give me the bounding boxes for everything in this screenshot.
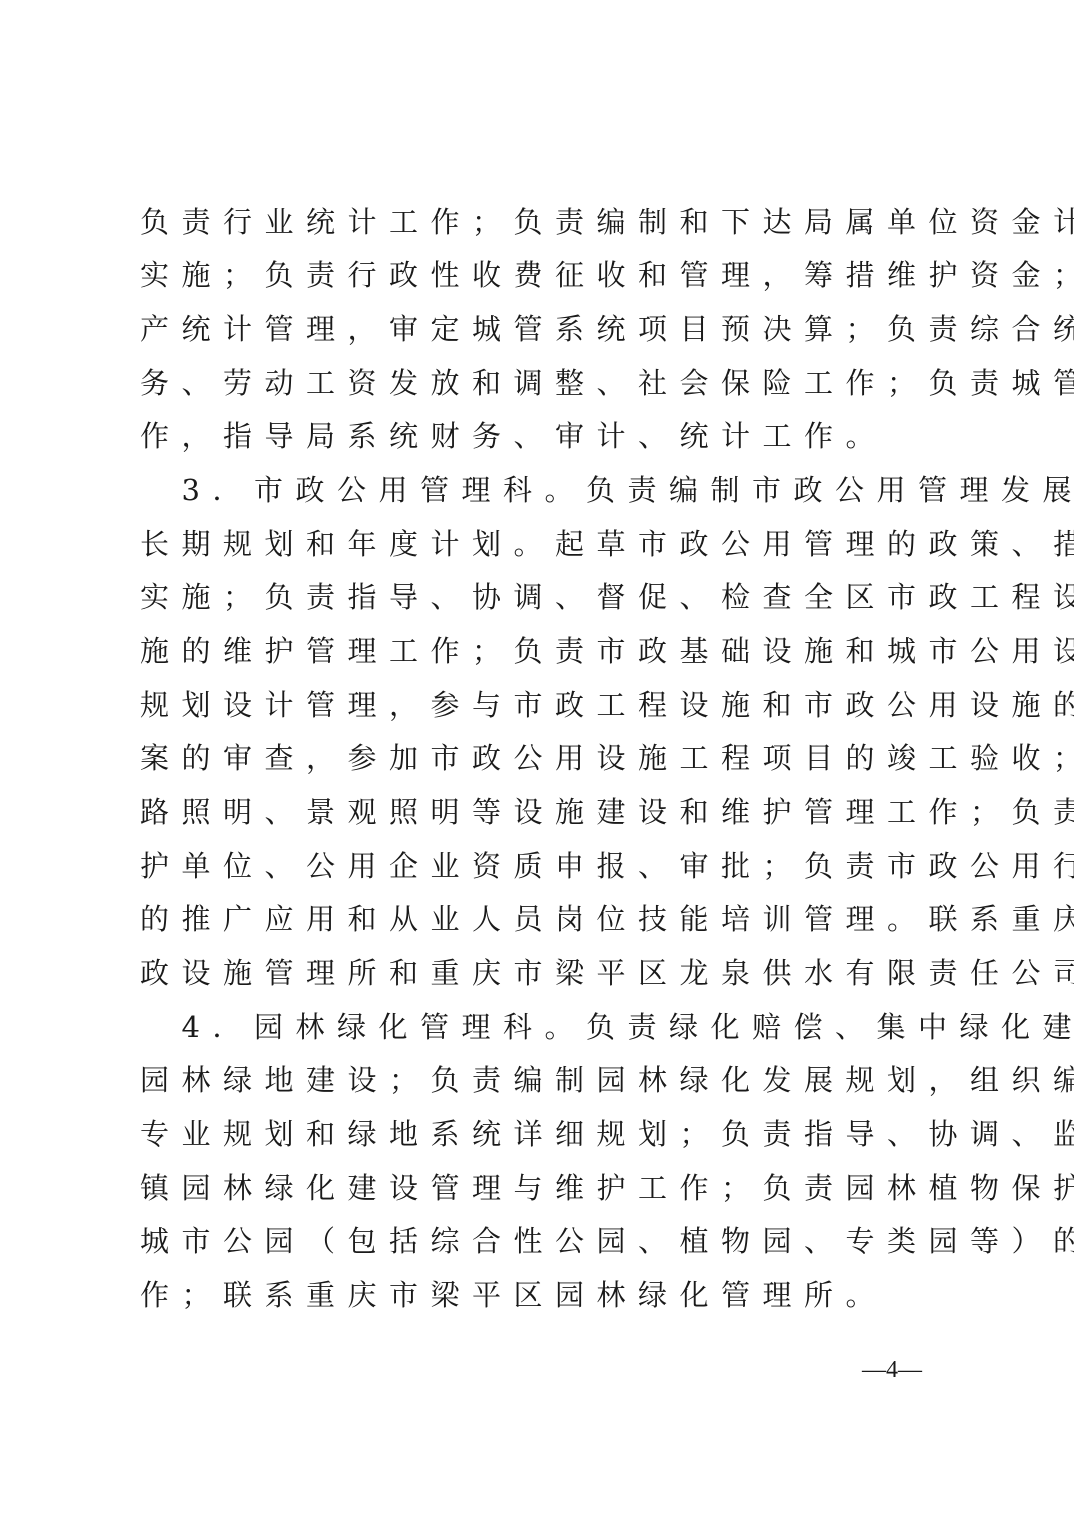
text-line: 专业规划和绿地系统详细规划；负责指导、协调、监督、检查城 xyxy=(140,1108,940,1161)
section-heading-line: 4．园林绿化管理科。负责绿化赔偿、集中绿化建设、城市 xyxy=(140,1001,940,1054)
text-line: 施的维护管理工作；负责市政基础设施和城市公用设施维护项目 xyxy=(140,625,940,678)
text-line: 产统计管理，审定城管系统项目预决算；负责综合统计和机关财 xyxy=(140,303,940,356)
text-line: 案的审查，参加市政公用设施工程项目的竣工验收；负责城市道 xyxy=(140,732,940,785)
text-line: 园林绿地建设；负责编制园林绿化发展规划，组织编制园林绿化 xyxy=(140,1054,940,1107)
text-line: 政设施管理所和重庆市梁平区龙泉供水有限责任公司。 xyxy=(140,947,940,1000)
text-line: 负责行业统计工作；负责编制和下达局属单位资金计划，并监督 xyxy=(140,196,940,249)
document-page: 负责行业统计工作；负责编制和下达局属单位资金计划，并监督 实施；负责行政性收费征… xyxy=(0,0,1074,1520)
text-line: 作；联系重庆市梁平区园林绿化管理所。 xyxy=(140,1269,940,1322)
section-heading-line: 3．市政公用管理科。负责编制市政公用管理发展战略、中 xyxy=(140,464,940,517)
text-line: 镇园林绿化建设管理与维护工作；负责园林植物保护工作；负责 xyxy=(140,1162,940,1215)
text-line: 规划设计管理，参与市政工程设施和市政公用设施的规划设计方 xyxy=(140,679,940,732)
text-line: 城市公园（包括综合性公园、植物园、专类园等）的行业管理工 xyxy=(140,1215,940,1268)
text-line: 路照明、景观照明等设施建设和维护管理工作；负责承办市政维 xyxy=(140,786,940,839)
text-line: 务、劳动工资发放和调整、社会保险工作；负责城管系统内审工 xyxy=(140,357,940,410)
text-line: 实施；负责行政性收费征收和管理，筹措维护资金；负责固定资 xyxy=(140,249,940,302)
text-line: 作，指导局系统财务、审计、统计工作。 xyxy=(140,410,940,463)
text-line: 实施；负责指导、协调、督促、检查全区市政工程设施、公用设 xyxy=(140,571,940,624)
page-number: —4— xyxy=(862,1355,922,1385)
text-line: 的推广应用和从业人员岗位技能培训管理。联系重庆市梁平区市 xyxy=(140,893,940,946)
text-line: 护单位、公用企业资质申报、审批；负责市政公用行业科技成果 xyxy=(140,840,940,893)
text-line: 长期规划和年度计划。起草市政公用管理的政策、措施，并组织 xyxy=(140,518,940,571)
